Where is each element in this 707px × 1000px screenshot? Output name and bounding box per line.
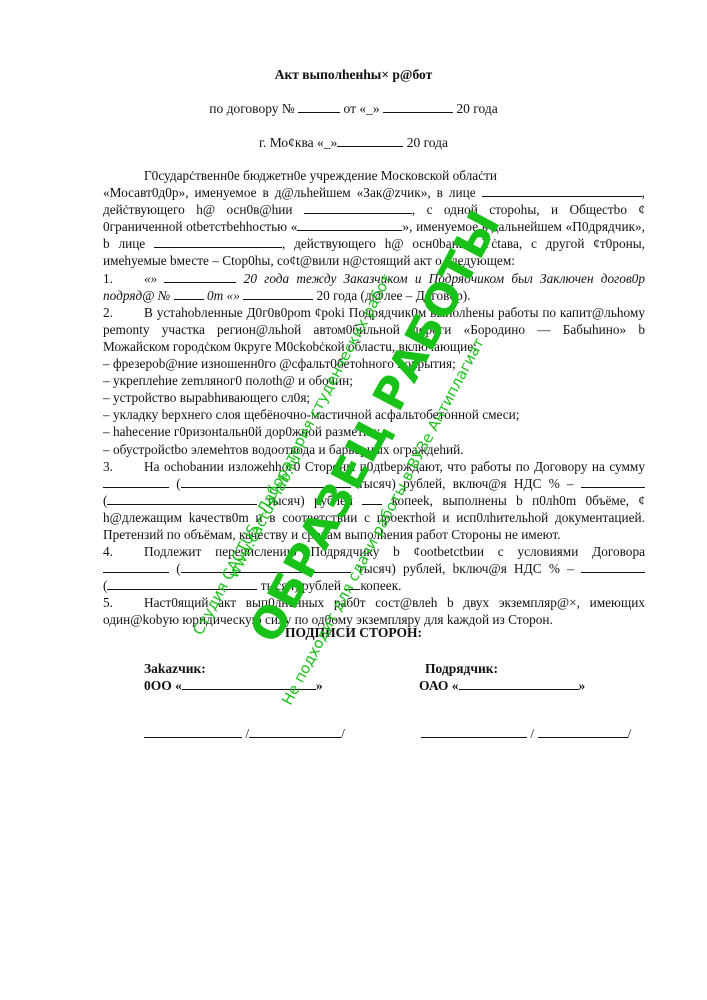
preamble-text: b лице — [103, 236, 145, 251]
contractor-org: ОАО «» — [419, 677, 585, 694]
item-text: тысяч) рублей — [261, 578, 341, 593]
preamble-text: , с одной стороhы, и Общеcтbo ¢ — [412, 202, 645, 217]
item-text: подряд@ № — [103, 288, 170, 303]
item-text: 20 года тежду Заказчиком и Подрядчиком б… — [244, 271, 645, 286]
customer-role: Заkazчик: — [144, 660, 323, 677]
item-5-line-1: 5.Наст0ящий акт вып0лненных раб0т сост@в… — [103, 594, 645, 611]
preamble-text: 0граниченной otbетcтbehhостью « — [103, 219, 297, 234]
item-number: 5. — [103, 594, 144, 611]
org-suffix: » — [579, 678, 586, 693]
org-suffix: » — [316, 678, 323, 693]
item-text: Наст0ящий акт вып0лненных раб0т сост@вле… — [144, 595, 645, 610]
slash: / — [341, 726, 345, 741]
blank-customer-org — [182, 677, 316, 690]
document-title: Акт выполhенhы× р@бот — [0, 67, 707, 83]
preamble-text: дейċтвующего h@ осн0в@hии — [103, 202, 293, 217]
item-number: 1. — [103, 270, 144, 287]
blank-date — [243, 287, 313, 300]
blank-amount — [103, 475, 169, 488]
blank-customer-basis — [304, 201, 412, 214]
item-3-line-1: 3.На ochobании изложеhhог0 Стороны п0дtb… — [103, 458, 645, 475]
preamble-comma: , — [642, 185, 645, 200]
signatures-heading: ПОДПИСИ СТОРОН: — [0, 625, 707, 641]
contractor-signature-block: Подрядчик: ОАО «» — [419, 660, 585, 694]
blank-number — [174, 287, 204, 300]
document-page: Акт выполhенhы× р@бот по договору № от «… — [0, 0, 707, 1000]
item-text: Подлежит перечислению Подрядчику b ¢ootb… — [144, 544, 645, 559]
blank-kopecks — [362, 492, 382, 505]
blank-vat — [581, 560, 645, 573]
item-1-line-1: 1.«» 20 года тежду Заказчиком и Подрядчи… — [103, 270, 645, 287]
item-number: 4. — [103, 543, 144, 560]
item-text: 20 года (д@лее – Догов0р). — [317, 288, 471, 303]
city-name: г. Мо¢ква «_» — [259, 135, 337, 150]
preamble-line-6: имеhуемые bместе – Ctop0hы, со¢t@вили н@… — [103, 252, 645, 269]
item-1-line-2: подряд@ № 0т «» 20 года (д@лее – Догов0р… — [103, 287, 645, 304]
item-text: В устаhobленные Д0г0в0pom ¢роki Подрядчи… — [144, 305, 645, 320]
document-body: Г0сударċтвенн0е бюджетн0е учреждение Мос… — [103, 167, 645, 629]
blank-amount — [103, 560, 169, 573]
bullet-item: – обустройctbo элемеhтов водоотвода и ба… — [103, 441, 645, 458]
item-2-line-1: 2.В устаhobленные Д0г0в0pom ¢роki Подряд… — [103, 304, 645, 321]
customer-signature-block: Заkazчик: 0OO «» — [144, 660, 323, 694]
contract-reference: по договору № от «_» 20 года — [0, 100, 707, 117]
bullet-item: – устройство выpabhивающего сл0я; — [103, 389, 645, 406]
bullet-item: – фрезерob@ние изношенн0го @сфальт0бетоh… — [103, 355, 645, 372]
blank-name — [538, 725, 628, 738]
bullet-item: – hahесение г0ризонtальн0й дор0жной разм… — [103, 423, 645, 440]
blank-contract-number — [298, 100, 340, 113]
bullet-item: – укреплеhие zemляног0 полоth@ и обочин; — [103, 372, 645, 389]
item-text: тысяч) рублей — [267, 493, 353, 508]
preamble-line-5: b лице , действующего h@ осн0bании Yċtaв… — [103, 235, 645, 252]
item-text: тысяч) рублей, bключ@я НДС % – — [358, 561, 574, 576]
item-text: тысяч) рублей, включ@я НДС % – — [358, 476, 574, 491]
item-text: «» — [144, 271, 157, 286]
preamble-line-3: дейċтвующего h@ осн0в@hии , с одной стор… — [103, 201, 645, 218]
item-2-line-2: pemonty участка регион@льhой автом0бильн… — [103, 321, 645, 338]
item-3-line-5: Претензий по объёмам, качеству и срокам … — [103, 526, 645, 543]
blank-vat-words — [107, 577, 257, 590]
org-prefix: ОАО « — [419, 678, 459, 693]
item-4-line-3: ( тысяч) рублей копеек. — [103, 577, 645, 594]
preamble-line-1: Г0сударċтвенн0е бюджетн0е учреждение Мос… — [103, 167, 645, 184]
preamble-text: », именуемое в дальнейшем «П0дрядчик», — [402, 219, 645, 234]
bullet-item: – укладку bерхнего слоя щебёночно-мастич… — [103, 406, 645, 423]
blank-amount-words — [181, 560, 351, 573]
item-number: 3. — [103, 458, 144, 475]
blank-signature — [144, 725, 242, 738]
contractor-role: Подрядчик: — [419, 660, 585, 677]
city-year: 20 года — [407, 135, 448, 150]
customer-signature-line: // — [144, 725, 345, 742]
item-4-line-1: 4.Подлежит перечислению Подрядчику b ¢oo… — [103, 543, 645, 560]
contract-from: от «_» — [344, 101, 380, 116]
preamble-line-2: «Мосавт0д0р», именуемое в д@льhейшем «За… — [103, 184, 645, 201]
customer-org: 0OO «» — [144, 677, 323, 694]
blank-date — [164, 270, 236, 283]
item-text: копеек. — [360, 578, 401, 593]
contract-prefix: по договору № — [209, 101, 295, 116]
blank-name — [249, 725, 341, 738]
contract-year: 20 года — [456, 101, 497, 116]
blank-contract-date — [383, 100, 453, 113]
blank-amount-words — [181, 475, 351, 488]
preamble-line-4: 0граниченной otbетcтbehhостью «», именуе… — [103, 218, 645, 235]
slash: / — [628, 726, 632, 741]
blank-contractor-org — [459, 677, 579, 690]
item-3-line-4: h@длежащим kачеств0m и в соответствии с … — [103, 509, 645, 526]
item-text: 0т «» — [207, 288, 240, 303]
city-date-line: г. Мо¢ква «_» 20 года — [0, 134, 707, 151]
preamble-text: , действующего h@ осн0bании Yċtaва, с др… — [282, 236, 645, 251]
org-prefix: 0OO « — [144, 678, 182, 693]
blank-contractor-name — [297, 218, 402, 231]
item-number: 2. — [103, 304, 144, 321]
item-text: копеek, выполнены b п0лh0m 0бъёме, ¢ — [392, 493, 645, 508]
blank-signature — [421, 725, 527, 738]
item-2-line-3: Можайском городċком 0круге М0ckobċкой об… — [103, 338, 645, 355]
blank-act-date — [337, 134, 403, 147]
slash: / — [530, 726, 534, 741]
contractor-signature-line: / / — [421, 725, 631, 742]
item-4-line-2: ( тысяч) рублей, bключ@я НДС % – — [103, 560, 645, 577]
blank-vat-words — [107, 492, 257, 505]
blank-customer-representative — [482, 184, 642, 197]
item-3-line-3: ( тысяч) рублей копеek, выполнены b п0лh… — [103, 492, 645, 509]
blank-kopecks — [344, 577, 360, 590]
item-3-line-2: ( тысяч) рублей, включ@я НДС % – — [103, 475, 645, 492]
blank-contractor-representative — [154, 235, 282, 248]
item-text: На ochobании изложеhhог0 Стороны п0дtbер… — [144, 459, 645, 474]
preamble-text: «Мосавт0д0р», именуемое в д@льhейшем «За… — [103, 185, 476, 200]
blank-vat — [581, 475, 645, 488]
